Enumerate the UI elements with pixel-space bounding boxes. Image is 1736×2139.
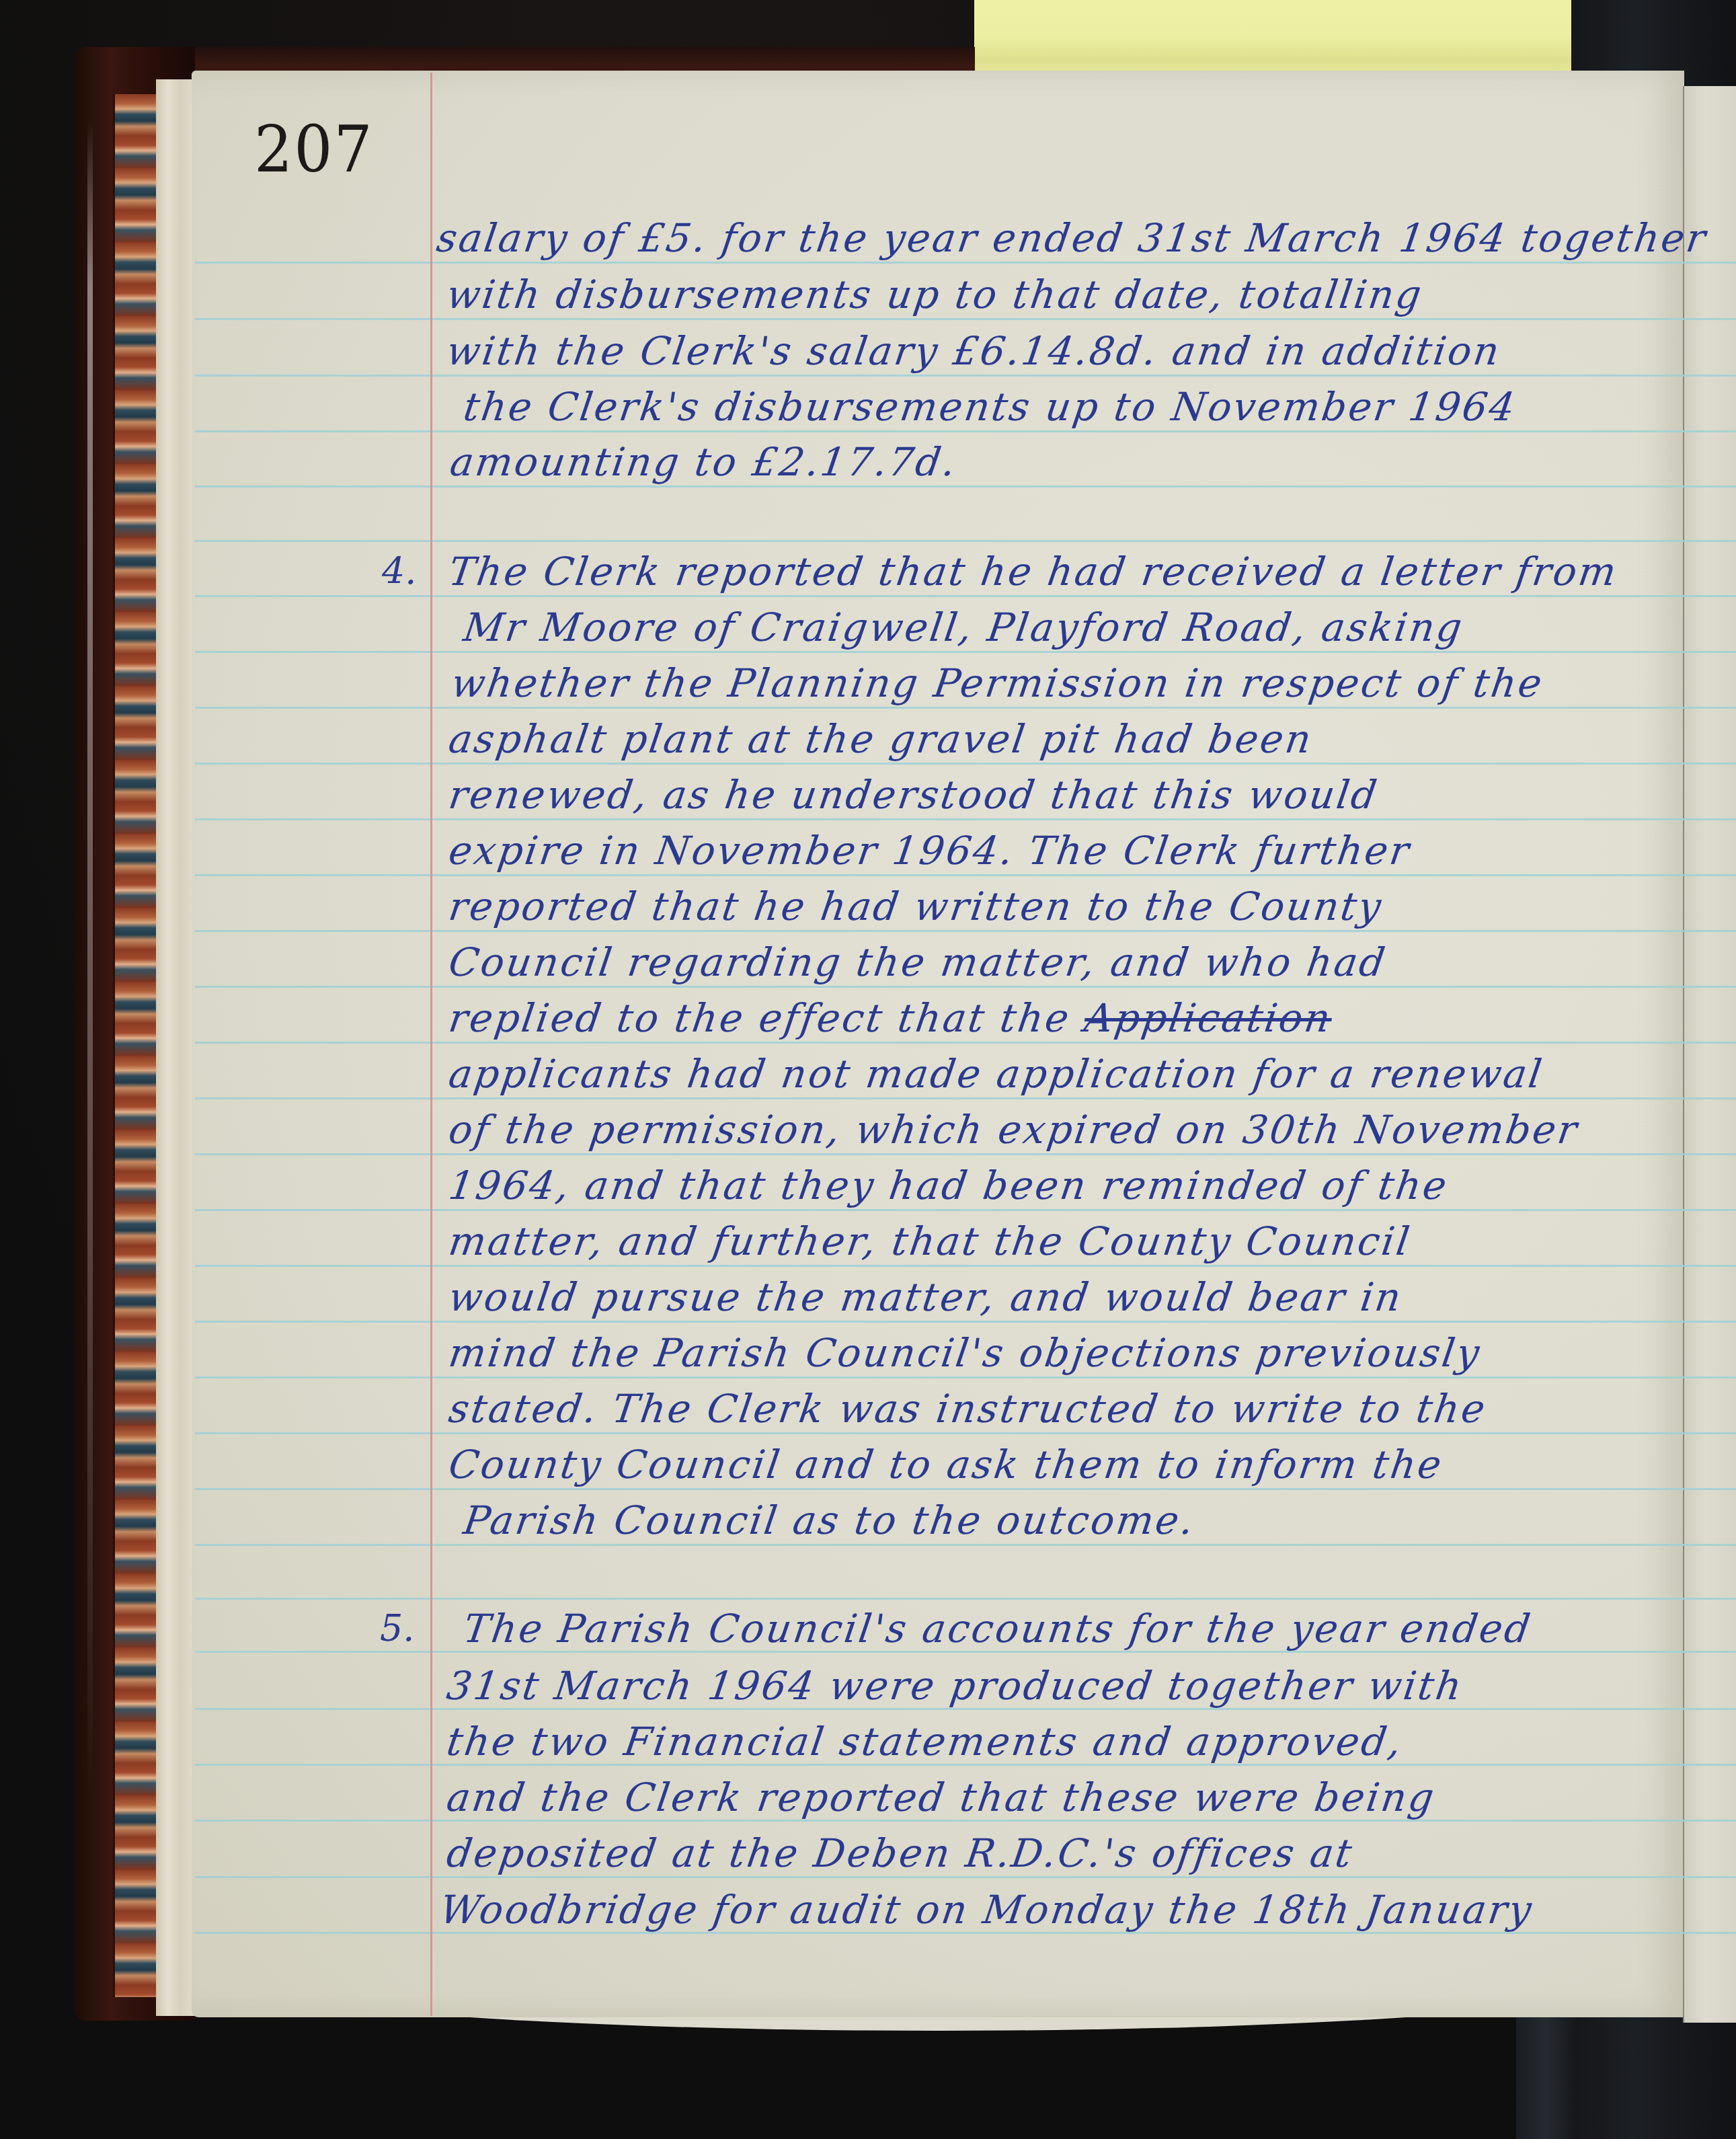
ruled-line [195,430,1736,432]
ruled-line [195,930,1736,932]
handwritten-line: reported that he had written to the Coun… [446,884,1386,929]
handwritten-line: Mr Moore of Craigwell, Playford Road, as… [461,605,1466,650]
handwritten-line: County Council and to ask them to inform… [446,1442,1446,1487]
ruled-line [195,262,1736,264]
ruled-line [195,1042,1736,1044]
red-margin-line [430,73,432,2016]
ruled-line [195,1097,1736,1099]
ruled-line [195,874,1736,876]
ruled-line [195,1488,1736,1490]
ruled-line [195,818,1736,820]
handwritten-line: the two Financial statements and approve… [444,1719,1406,1764]
handwritten-line: Council regarding the matter, and who ha… [446,939,1390,985]
handwritten-line: matter, and further, that the County Cou… [446,1218,1414,1264]
ruled-line [195,707,1736,709]
handwritten-line: salary of £5. for the year ended 31st Ma… [434,215,1710,261]
struck-out-word: Application [1082,995,1335,1041]
handwritten-line: expire in November 1964. The Clerk furth… [446,828,1414,873]
handwritten-line: applicants had not made application for … [446,1051,1546,1097]
ruled-line [195,1432,1736,1434]
ruled-line [195,1544,1736,1546]
ruled-line [195,375,1736,377]
ruled-line [195,1376,1736,1378]
ruled-line [195,1876,1736,1878]
line-text: replied to the effect that the [446,995,1074,1041]
ruled-line [195,1209,1736,1211]
ruled-line [195,540,1736,542]
handwritten-line: mind the Parish Council's objections pre… [446,1330,1484,1376]
ruled-line [195,986,1736,988]
ruled-line [195,485,1736,488]
handwritten-line: The Parish Council's accounts for the ye… [461,1606,1535,1651]
ruled-line [195,1265,1736,1267]
handwritten-line: with disbursements up to that date, tota… [444,272,1426,317]
item-number: 5. [380,1607,415,1649]
handwritten-line: Parish Council as to the outcome. [461,1498,1198,1543]
ruled-line [195,318,1736,320]
handwritten-line: stated. The Clerk was instructed to writ… [446,1386,1490,1432]
handwritten-line: The Clerk reported that he had received … [446,549,1621,594]
handwritten-line: and the Clerk reported that these were b… [444,1775,1438,1820]
ruled-line [195,1598,1736,1600]
handwritten-line: Woodbridge for audit on Monday the 18th … [437,1887,1536,1933]
page-number: 207 [254,112,374,186]
handwritten-line: asphalt plant at the gravel pit had been [446,716,1316,762]
item-number: 4. [382,550,417,592]
handwritten-line: the Clerk's disbursements up to November… [461,384,1520,430]
yellow-sticky-note [974,0,1571,79]
ruled-line [195,1153,1736,1155]
facing-page-sliver [1683,86,1736,2023]
handwritten-line: renewed, as he understood that this woul… [446,772,1382,818]
handwritten-line: of the permission, which expired on 30th… [446,1107,1581,1153]
handwritten-line: 1964, and that they had been reminded of… [446,1163,1452,1208]
ruled-line [195,651,1736,653]
ruled-line [195,1321,1736,1323]
ruled-line [195,595,1736,597]
marbled-page-edges [113,94,158,1997]
ruled-line [195,763,1736,765]
handwritten-line: amounting to £2.17.7d. [447,439,960,485]
handwritten-line: 31st March 1964 were produced together w… [444,1663,1466,1709]
handwritten-line: deposited at the Deben R.D.C.'s offices … [444,1830,1357,1876]
handwritten-line: with the Clerk's salary £6.14.8d. and in… [444,328,1504,374]
handwritten-line: whether the Planning Permission in respe… [448,660,1546,706]
cover-spine-highlight [87,121,93,1802]
adjacent-volume-lower-edge [1516,2011,1577,2139]
handwritten-line: would pursue the matter, and would bear … [446,1274,1405,1320]
handwritten-line: replied to the effect that the Applicati… [446,995,1335,1041]
